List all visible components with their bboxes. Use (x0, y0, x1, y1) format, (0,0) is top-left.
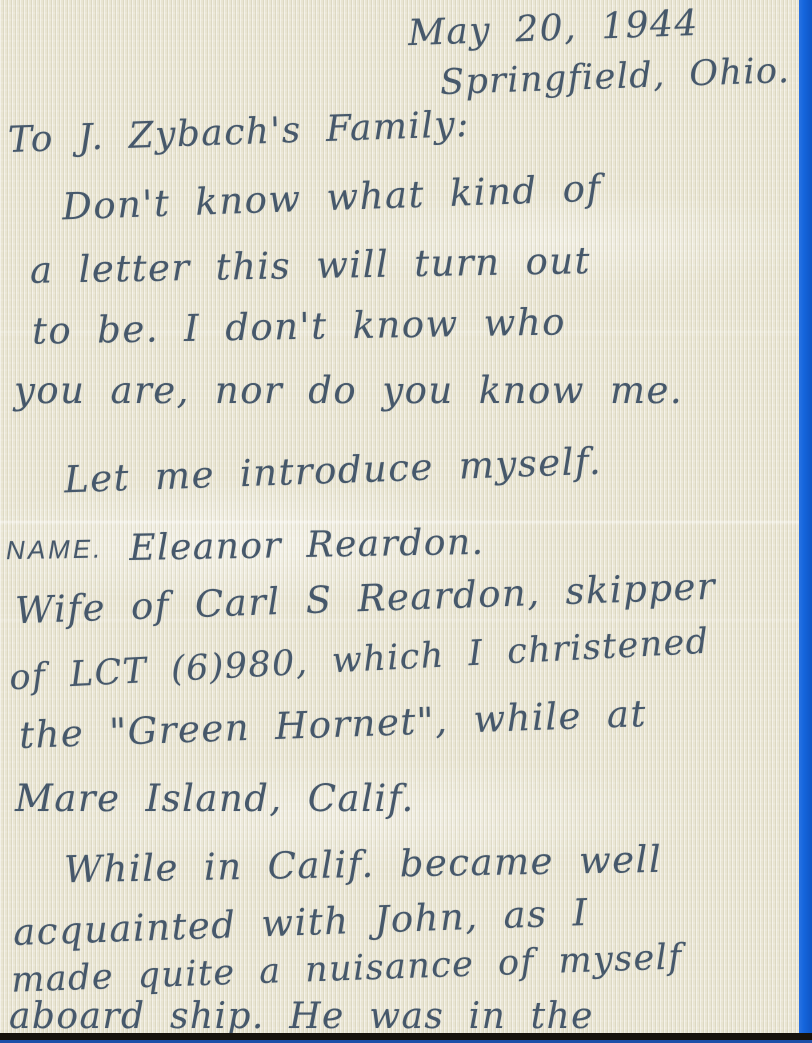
body-line: Mare Island, Calif. (15, 777, 415, 820)
body-line: Wife of Carl S Reardon, skipper (14, 565, 716, 632)
body-line: a letter this will turn out (30, 239, 592, 292)
body-line: you are, nor do you know me. (14, 369, 683, 412)
body-line: the "Green Hornet", while at (18, 692, 647, 757)
name-label: NAME. (6, 533, 104, 565)
letter-page: May 20, 1944 Springfield, Ohio. To J. Zy… (0, 0, 812, 1043)
name-value: Eleanor Reardon. (129, 522, 485, 569)
body-line: While in Calif. became well (64, 838, 663, 891)
salutation-line: To J. Zybach's Family: (7, 104, 470, 161)
scan-edge-right (799, 0, 812, 1043)
body-line: Let me introduce myself. (63, 440, 602, 502)
place-line: Springfield, Ohio. (439, 51, 791, 103)
body-line: aboard ship. He was in the (9, 996, 594, 1037)
date-line: May 20, 1944 (407, 3, 699, 54)
body-line: to be. I don't know who (32, 300, 567, 352)
body-line: Don't know what kind of (61, 167, 602, 229)
scan-edge-bottom (0, 1033, 812, 1040)
name-line: NAME.Eleanor Reardon. (6, 522, 485, 571)
body-line: of LCT (6)980, which I christened (8, 622, 710, 699)
